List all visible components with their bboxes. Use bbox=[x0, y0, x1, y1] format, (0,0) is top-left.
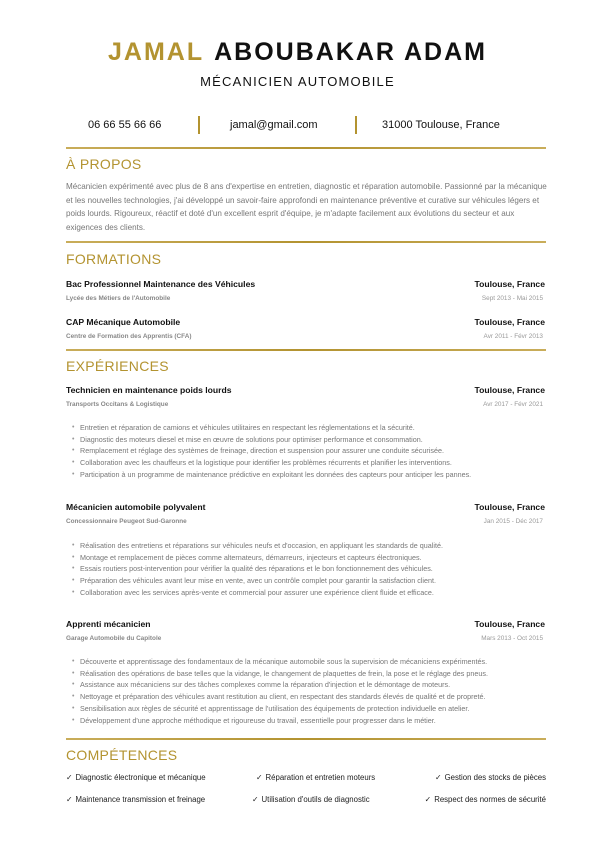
skill-item: ✓Respect des normes de sécurité bbox=[425, 795, 546, 804]
bullet-item: Remplacement et réglage des systèmes de … bbox=[72, 445, 552, 457]
education-title: FORMATIONS bbox=[66, 251, 161, 267]
resume-page: JAMALABOUBAKAR ADAM MÉCANICIEN AUTOMOBIL… bbox=[0, 0, 595, 842]
skill-item: ✓Diagnostic électronique et mécanique bbox=[66, 773, 206, 782]
check-icon: ✓ bbox=[435, 773, 442, 782]
job-bullets: Réalisation des entretiens et réparation… bbox=[72, 540, 552, 599]
bullet-item: Préparation des véhicules avant leur mis… bbox=[72, 575, 552, 587]
check-icon: ✓ bbox=[256, 773, 263, 782]
check-icon: ✓ bbox=[66, 795, 73, 804]
bullet-item: Assistance aux mécaniciens sur des tâche… bbox=[72, 679, 552, 691]
job-location: Toulouse, France bbox=[474, 385, 545, 395]
address: 31000 Toulouse, France bbox=[382, 119, 500, 131]
skill-item: ✓Maintenance transmission et freinage bbox=[66, 795, 205, 804]
degree-title: CAP Mécanique Automobile bbox=[66, 317, 180, 327]
contact-divider bbox=[355, 116, 357, 134]
bullet-item: Entretien et réparation de camions et vé… bbox=[72, 422, 552, 434]
bullet-item: Développement d'une approche méthodique … bbox=[72, 715, 552, 727]
job-title: MÉCANICIEN AUTOMOBILE bbox=[0, 74, 595, 89]
skills-title: COMPÉTENCES bbox=[66, 747, 177, 763]
company-name: Garage Automobile du Capitole bbox=[66, 635, 161, 642]
education-location: Toulouse, France bbox=[474, 317, 545, 327]
check-icon: ✓ bbox=[252, 795, 259, 804]
bullet-item: Montage et remplacement de pièces comme … bbox=[72, 552, 552, 564]
bullet-item: Collaboration avec les services après-ve… bbox=[72, 587, 552, 599]
bullet-item: Participation à un programme de maintena… bbox=[72, 469, 552, 481]
job-location: Toulouse, France bbox=[474, 619, 545, 629]
section-divider bbox=[66, 738, 546, 740]
education-location: Toulouse, France bbox=[474, 279, 545, 289]
bullet-item: Découverte et apprentissage des fondamen… bbox=[72, 656, 552, 668]
job-dates: Mars 2013 - Oct 2015 bbox=[481, 635, 543, 642]
school-name: Lycée des Métiers de l'Automobile bbox=[66, 295, 170, 302]
company-name: Transports Occitans & Logistique bbox=[66, 401, 168, 408]
bullet-item: Réalisation des entretiens et réparation… bbox=[72, 540, 552, 552]
section-divider bbox=[66, 147, 546, 149]
job-role: Apprenti mécanicien bbox=[66, 619, 151, 629]
first-name: JAMAL bbox=[108, 38, 204, 66]
job-role: Mécanicien automobile polyvalent bbox=[66, 502, 205, 512]
contact-bar: 06 66 55 66 66 jamal@gmail.com 31000 Tou… bbox=[66, 116, 546, 136]
phone-number: 06 66 55 66 66 bbox=[88, 119, 161, 131]
skill-item: ✓Réparation et entretien moteurs bbox=[256, 773, 375, 782]
job-location: Toulouse, France bbox=[474, 502, 545, 512]
check-icon: ✓ bbox=[425, 795, 432, 804]
skill-item: ✓Utilisation d'outils de diagnostic bbox=[252, 795, 370, 804]
job-bullets: Découverte et apprentissage des fondamen… bbox=[72, 656, 552, 726]
job-dates: Jan 2015 - Déc 2017 bbox=[484, 518, 543, 525]
job-role: Technicien en maintenance poids lourds bbox=[66, 385, 232, 395]
full-name: JAMALABOUBAKAR ADAM bbox=[0, 38, 595, 67]
last-name: ABOUBAKAR ADAM bbox=[214, 38, 487, 66]
section-divider bbox=[66, 349, 546, 351]
email-address: jamal@gmail.com bbox=[230, 119, 318, 131]
education-dates: Avr 2011 - Févr 2013 bbox=[484, 333, 543, 340]
experience-title: EXPÉRIENCES bbox=[66, 358, 169, 374]
job-dates: Avr 2017 - Févr 2021 bbox=[483, 401, 543, 408]
degree-title: Bac Professionnel Maintenance des Véhicu… bbox=[66, 279, 255, 289]
contact-divider bbox=[198, 116, 200, 134]
bullet-item: Réalisation des opérations de base telle… bbox=[72, 668, 552, 680]
bullet-item: Nettoyage et préparation des véhicules a… bbox=[72, 691, 552, 703]
company-name: Concessionnaire Peugeot Sud-Garonne bbox=[66, 518, 187, 525]
bullet-item: Collaboration avec les chauffeurs et la … bbox=[72, 457, 552, 469]
skill-item: ✓Gestion des stocks de pièces bbox=[435, 773, 546, 782]
job-bullets: Entretien et réparation de camions et vé… bbox=[72, 422, 552, 481]
check-icon: ✓ bbox=[66, 773, 73, 782]
school-name: Centre de Formation des Apprentis (CFA) bbox=[66, 333, 191, 340]
bullet-item: Diagnostic des moteurs diesel et mise en… bbox=[72, 434, 552, 446]
about-title: À PROPOS bbox=[66, 156, 142, 172]
education-dates: Sept 2013 - Mai 2015 bbox=[482, 295, 543, 302]
about-text: Mécanicien expérimenté avec plus de 8 an… bbox=[66, 180, 548, 235]
bullet-item: Sensibilisation aux règles de sécurité e… bbox=[72, 703, 552, 715]
section-divider bbox=[66, 241, 546, 243]
bullet-item: Essais routiers post-intervention pour v… bbox=[72, 563, 552, 575]
